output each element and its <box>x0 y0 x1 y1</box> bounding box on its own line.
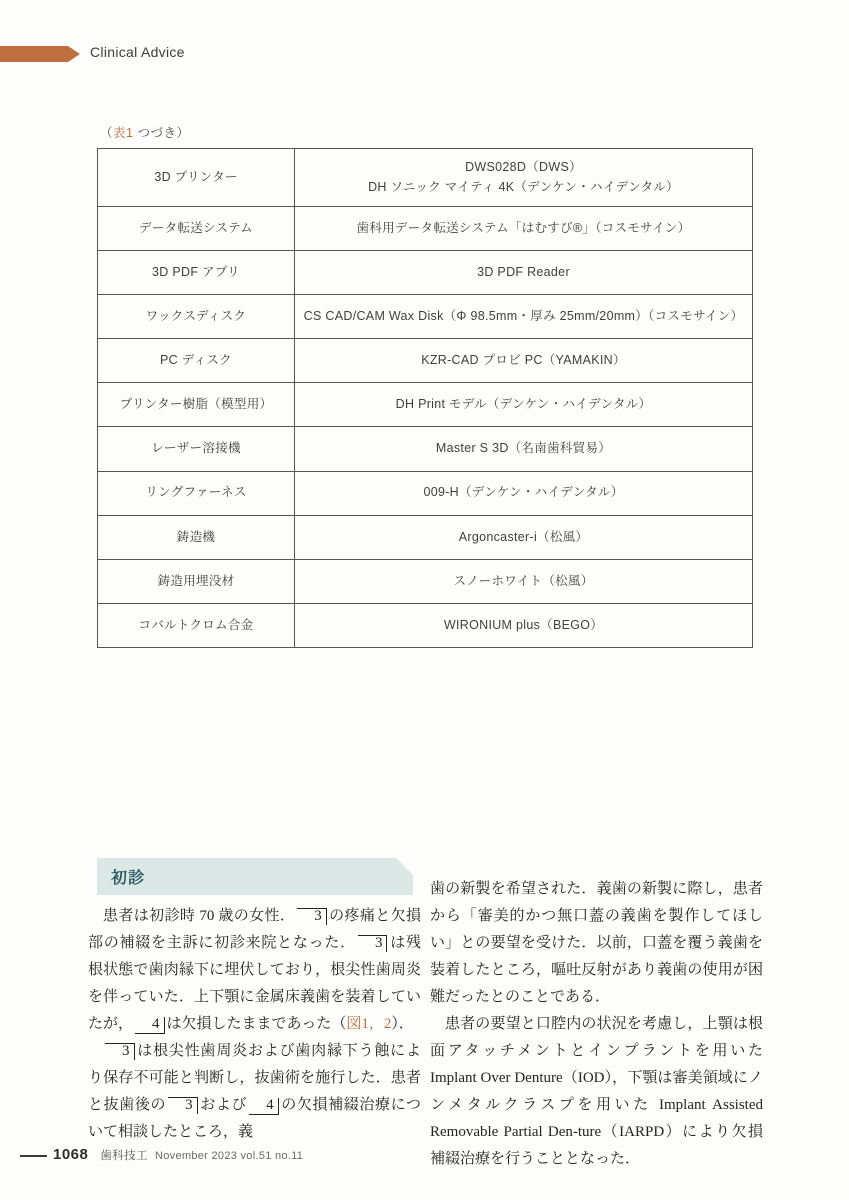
table-row: PC ディスクKZR-CAD プロビ PC（YAMAKIN） <box>98 339 753 383</box>
footer-rule <box>20 1155 47 1157</box>
table-caption: （表1 つづき） <box>100 123 189 141</box>
table-cell-product: DWS028D（DWS）DH ソニック マイティ 4K（デンケン・ハイデンタル） <box>295 149 753 207</box>
clinical-advice-arrow-icon <box>0 46 80 62</box>
table-cell-product: スノーホワイト（松風） <box>295 559 753 603</box>
table-row: リングファーネス009-H（デンケン・ハイデンタル） <box>98 471 753 515</box>
table-cell-item: 3D PDF アプリ <box>98 251 295 295</box>
table-row: 3D PDF アプリ3D PDF Reader <box>98 251 753 295</box>
table-row: 3D プリンターDWS028D（DWS）DH ソニック マイティ 4K（デンケン… <box>98 149 753 207</box>
table-cell-product: KZR-CAD プロビ PC（YAMAKIN） <box>295 339 753 383</box>
table-row: 鋳造機Argoncaster-i（松風） <box>98 515 753 559</box>
table-cell-item: 3D プリンター <box>98 149 295 207</box>
paragraph: 患者の要望と口腔内の状況を考慮し，上顎は根面アタッチメントとインプラントを用いた… <box>430 1011 763 1173</box>
table-cell-item: 鋳造用埋没材 <box>98 559 295 603</box>
tooth-notation-lower: 4 <box>135 1017 165 1034</box>
section-title: 初診 <box>97 865 145 888</box>
footer-issue: November 2023 vol.51 no.11 <box>155 1150 303 1162</box>
table-caption-label: 表1 <box>113 126 133 140</box>
table-row: 鋳造用埋没材スノーホワイト（松風） <box>98 559 753 603</box>
article-left-column: 患者は初診時 70 歳の女性．3の疼痛と欠損部の補綴を主訴に初診来院となった．3… <box>88 903 421 1146</box>
equipment-table: 3D プリンターDWS028D（DWS）DH ソニック マイティ 4K（デンケン… <box>97 148 753 648</box>
table-cell-item: 鋳造機 <box>98 515 295 559</box>
table-cell-item: データ転送システム <box>98 207 295 251</box>
tooth-notation-upper: 3 <box>105 1043 135 1060</box>
footer-page-number: 1068 <box>53 1146 88 1163</box>
table-cell-item: リングファーネス <box>98 471 295 515</box>
table-row: ワックスディスクCS CAD/CAM Wax Disk（Φ 98.5mm・厚み … <box>98 295 753 339</box>
table-cell-item: PC ディスク <box>98 339 295 383</box>
paragraph: 3は根尖性歯周炎および歯肉縁下う蝕により保存不可能と判断し，抜歯術を施行した．患… <box>88 1038 421 1146</box>
table-cell-product: 009-H（デンケン・ハイデンタル） <box>295 471 753 515</box>
page-footer: 1068 歯科技工 November 2023 vol.51 no.11 <box>20 1146 303 1163</box>
article-right-column: 歯の新製を希望された．義歯の新製に際し，患者から「審美的かつ無口蓋の義歯を製作し… <box>430 876 763 1173</box>
table-cell-product: CS CAD/CAM Wax Disk（Φ 98.5mm・厚み 25mm/20m… <box>295 295 753 339</box>
section-banner: 初診 <box>97 858 413 895</box>
header-label: Clinical Advice <box>90 44 185 60</box>
table-cell-product: Argoncaster-i（松風） <box>295 515 753 559</box>
table-row: レーザー溶接機Master S 3D（名南歯科貿易） <box>98 427 753 471</box>
table-cell-product: Master S 3D（名南歯科貿易） <box>295 427 753 471</box>
table-cell-product: DH Print モデル（デンケン・ハイデンタル） <box>295 383 753 427</box>
footer-journal-name: 歯科技工 <box>100 1147 148 1163</box>
table-row: コバルトクロム合金WIRONIUM plus（BEGO） <box>98 603 753 647</box>
table-cell-product: 歯科用データ転送システム「はむすび®」（コスモサイン） <box>295 207 753 251</box>
table-caption-suffix: つづき） <box>133 126 189 140</box>
table-cell-item: レーザー溶接機 <box>98 427 295 471</box>
table-row: プリンター樹脂（模型用）DH Print モデル（デンケン・ハイデンタル） <box>98 383 753 427</box>
table-caption-prefix: （ <box>100 126 113 140</box>
tooth-notation-upper: 3 <box>358 935 388 952</box>
table-row: データ転送システム歯科用データ転送システム「はむすび®」（コスモサイン） <box>98 207 753 251</box>
table-cell-product: WIRONIUM plus（BEGO） <box>295 603 753 647</box>
table-cell-product: 3D PDF Reader <box>295 251 753 295</box>
table-cell-item: ワックスディスク <box>98 295 295 339</box>
tooth-notation-upper: 3 <box>168 1097 198 1114</box>
paragraph: 患者は初診時 70 歳の女性．3の疼痛と欠損部の補綴を主訴に初診来院となった．3… <box>88 903 421 1038</box>
tooth-notation-lower: 4 <box>249 1098 279 1115</box>
table-cell-item: コバルトクロム合金 <box>98 603 295 647</box>
tooth-notation-upper: 3 <box>297 908 327 925</box>
paragraph: 歯の新製を希望された．義歯の新製に際し，患者から「審美的かつ無口蓋の義歯を製作し… <box>430 876 763 1011</box>
table-cell-item: プリンター樹脂（模型用） <box>98 383 295 427</box>
journal-page: { "header": { "label": "Clinical Advice"… <box>0 0 849 1200</box>
figure-reference: 図1，2 <box>346 1016 391 1032</box>
